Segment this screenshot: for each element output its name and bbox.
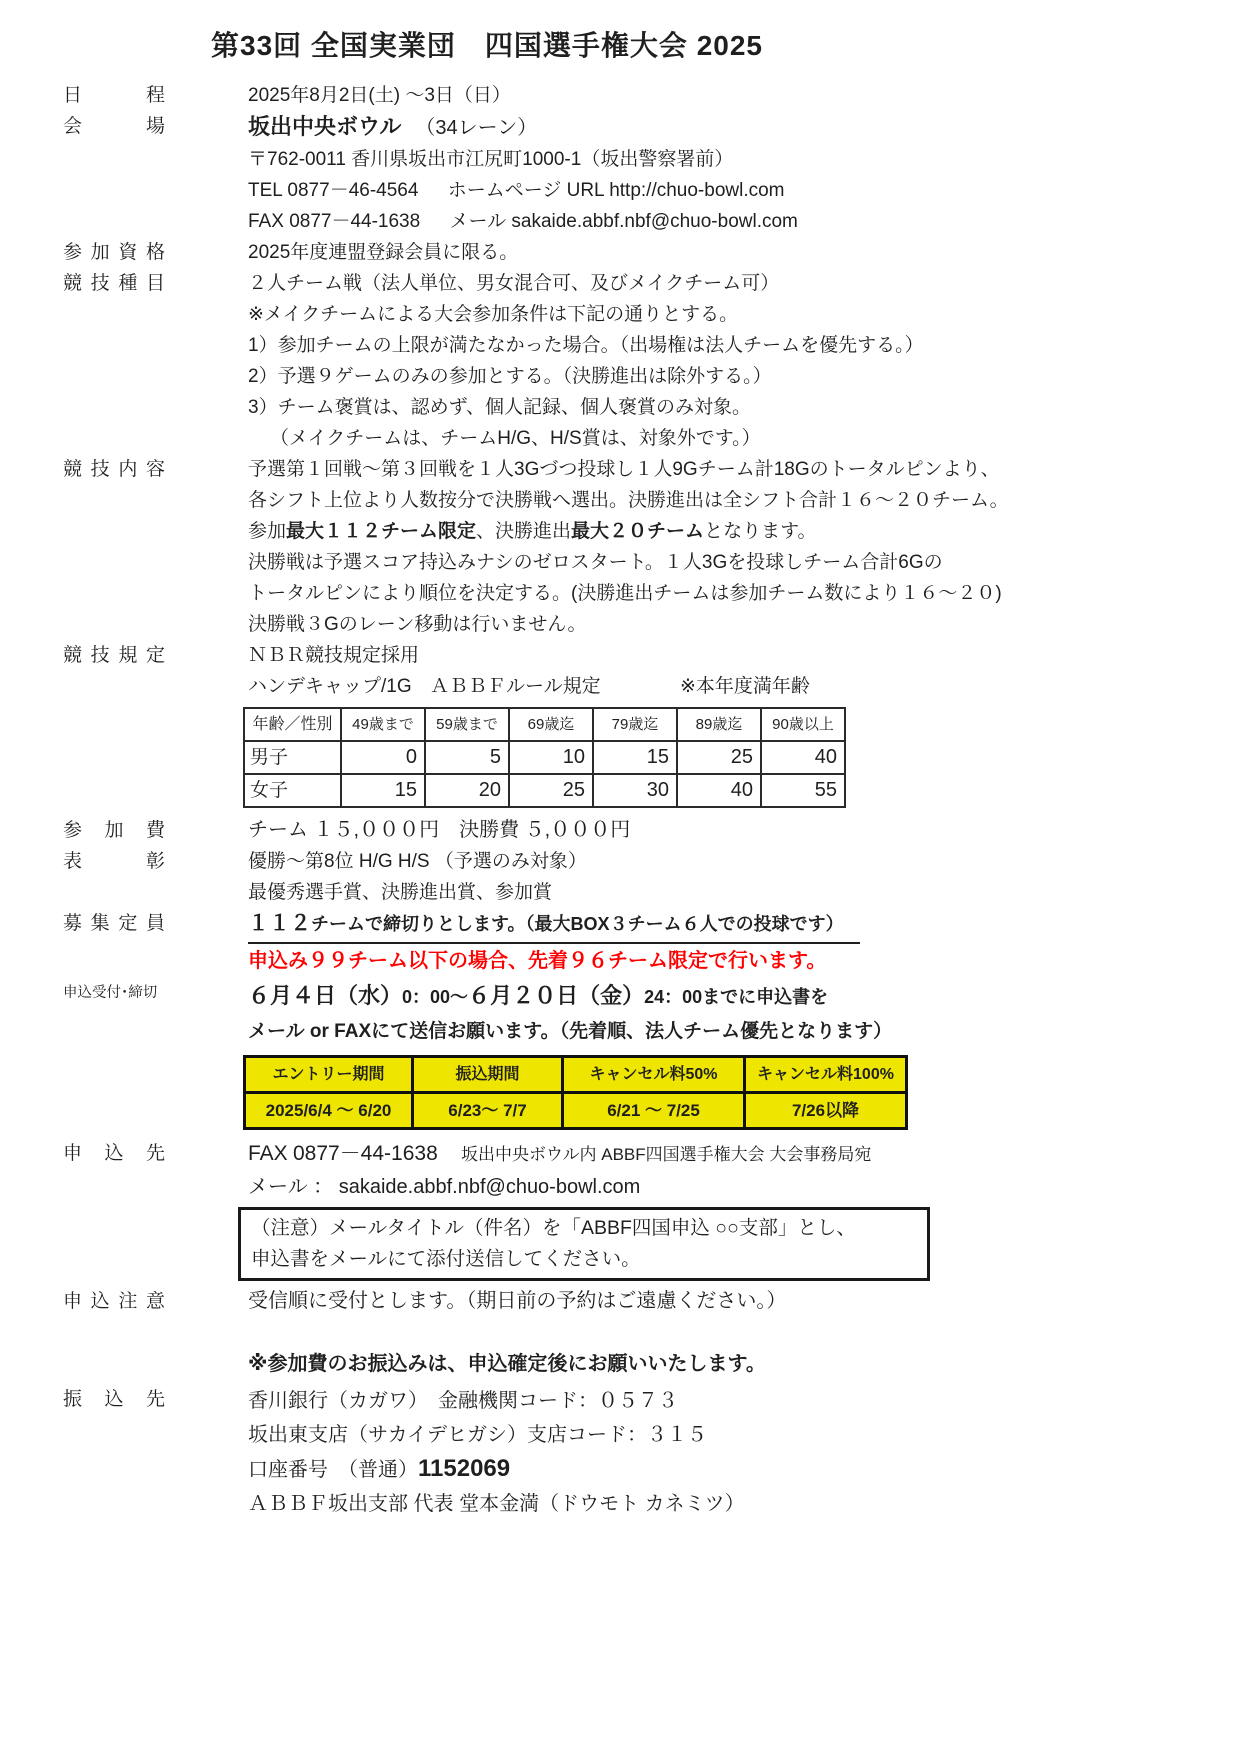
- handicap-row-name: 女子: [244, 774, 341, 807]
- transfer-representative-line: ＡＢＢＦ坂出支部 代表 堂本金満（ドウモト カネミツ）: [248, 1487, 1200, 1521]
- entry-table-header: 振込期間: [413, 1057, 563, 1093]
- content-text: 参加: [248, 521, 286, 542]
- content-text: 、決勝進出: [476, 521, 571, 542]
- capacity-count: １１２: [248, 912, 311, 935]
- apply-fax-label: FAX: [248, 1142, 288, 1165]
- rules-handicap-line: ハンデキャップ/1GＡＢＢＦルール規定※本年度満年齢: [248, 671, 1200, 702]
- mail-title-notice-box: （注意）メールタイトル（件名）を「ABBF四国申込 ○○支部」とし、 申込書をメ…: [238, 1207, 930, 1281]
- handicap-value: 40: [677, 774, 761, 807]
- venue-mail: sakaide.abbf.nbf@chuo-bowl.com: [511, 211, 798, 232]
- handicap-value: 10: [509, 741, 593, 774]
- content-line-mixed: 参加最大１１２チーム限定、決勝進出最大２０チームとなります。: [248, 516, 1200, 547]
- events-line: ２人チーム戦（法人単位、男女混合可、及びメイクチーム可）: [248, 268, 1200, 299]
- entry-table-header: エントリー期間: [245, 1057, 413, 1093]
- application-end-time: 24：00までに申込書を: [644, 987, 828, 1007]
- schedule-text: 2025年8月2日(土) ～3日（日）: [248, 80, 1200, 111]
- content-label: 競技内容: [63, 454, 165, 485]
- handicap-row-male: 男子 0 5 10 15 25 40: [244, 741, 845, 774]
- tel-label: TEL: [248, 180, 282, 201]
- capacity-underlined: １１２チームで締切りとします。（最大BOX３チーム６人での投球です）: [248, 908, 860, 944]
- section-application: 申込受付･締切 ６月４日（水）0：00～６月２０日（金）24：00までに申込書を…: [63, 978, 1200, 1138]
- venue-name-line: 坂出中央ボウル（34レーン）: [248, 111, 1200, 144]
- section-rules: 競技規定 ＮＢＲ競技規定採用 ハンデキャップ/1GＡＢＢＦルール規定※本年度満年…: [63, 640, 1200, 815]
- apply-fax-line: FAX 0877－44-1638 坂出中央ボウル内 ABBF四国選手権大会 大会…: [248, 1138, 1200, 1170]
- tournament-flyer: 第33回 全国実業団 四国選手権大会 2025 日程 2025年8月2日(土) …: [0, 0, 1240, 1754]
- account-number: 1152069: [418, 1455, 510, 1482]
- age-note: ※本年度満年齢: [680, 671, 810, 702]
- rules-line: ＮＢＲ競技規定採用: [248, 640, 1200, 671]
- handicap-value: 30: [593, 774, 677, 807]
- capacity-line1: １１２チームで締切りとします。（最大BOX３チーム６人での投球です）: [248, 908, 1200, 944]
- capacity-label: 募集定員: [63, 908, 165, 939]
- application-period-line: ６月４日（水）0：00～６月２０日（金）24：00までに申込書を: [248, 978, 1200, 1016]
- content-bold: 最大１１２チーム限定: [286, 521, 476, 542]
- account-prefix: 口座番号 （普通）: [248, 1459, 418, 1481]
- content-line: 決勝戦は予選スコア持込みナシのゼロスタート。１人3Gを投球しチーム合計6Gの: [248, 547, 1200, 578]
- entry-table-value-row: 2025/6/4 ～ 6/20 6/23～ 7/7 6/21 ～ 7/25 7/…: [245, 1093, 907, 1129]
- capacity-red-note: 申込み９９チーム以下の場合、先着９６チーム限定で行います。: [248, 944, 1200, 978]
- venue-name: 坂出中央ボウル: [248, 114, 401, 139]
- handicap-value: 55: [761, 774, 845, 807]
- events-label: 競技種目: [63, 268, 165, 299]
- content-line: トータルピンにより順位を決定する。(決勝進出チームは参加チーム数により１６～２０…: [248, 578, 1200, 609]
- entry-table-value: 7/26以降: [745, 1093, 907, 1129]
- handicap-table: 年齢／性別 49歳まで 59歳まで 69歳迄 79歳迄 89歳迄 90歳以上 男…: [243, 707, 846, 808]
- section-transfer: 振込先 香川銀行（カガワ） 金融機関コード：０５７３ 坂出東支店（サカイデヒガシ…: [63, 1384, 1200, 1521]
- events-line: 1）参加チームの上限が満たなかった場合。（出場権は法人チームを優先する。）: [248, 330, 1200, 361]
- venue-label: 会場: [63, 111, 165, 142]
- content-bold: 最大２０チーム: [571, 521, 704, 542]
- handicap-value: 0: [341, 741, 425, 774]
- events-line: 3）チーム褒賞は、認めず、個人記録、個人褒賞のみ対象。: [248, 392, 1200, 423]
- content-line: 決勝戦３Gのレーン移動は行いません。: [248, 609, 1200, 640]
- handicap-value: 40: [761, 741, 845, 774]
- handicap-value: 25: [509, 774, 593, 807]
- events-line: 2）予選９ゲームのみの参加とする。（決勝進出は除外する。）: [248, 361, 1200, 392]
- entry-table-value: 6/23～ 7/7: [413, 1093, 563, 1129]
- eligibility-label: 参加資格: [63, 237, 165, 268]
- awards-line: 優勝～第8位 H/G H/S （予選のみ対象）: [248, 846, 1200, 877]
- section-schedule: 日程 2025年8月2日(土) ～3日（日）: [63, 80, 1200, 111]
- content-line: 各シフト上位より人数按分で決勝戦へ選出。決勝進出は全シフト合計１６～２０チーム。: [248, 485, 1200, 516]
- handicap-header-cell: 79歳迄: [593, 708, 677, 741]
- venue-address: 〒762-0011 香川県坂出市江尻町1000-1（坂出警察署前）: [248, 144, 1200, 175]
- page-title: 第33回 全国実業団 四国選手権大会 2025: [211, 24, 1200, 64]
- notice-line: 申込書をメールにて添付送信してください。: [251, 1244, 917, 1275]
- handicap-value: 20: [425, 774, 509, 807]
- handicap-header-cell: 69歳迄: [509, 708, 593, 741]
- content-line: 予選第１回戦～第３回戦を１人3Gづつ投球し１人9Gチーム計18Gのトータルピンよ…: [248, 454, 1200, 485]
- application-start-date: ６月４日（水）: [248, 983, 402, 1008]
- fee-label: 参加費: [63, 815, 165, 846]
- entry-period-table: エントリー期間 振込期間 キャンセル料50% キャンセル料100% 2025/6…: [243, 1055, 908, 1130]
- entry-table-value: 2025/6/4 ～ 6/20: [245, 1093, 413, 1129]
- section-events: 競技種目 ２人チーム戦（法人単位、男女混合可、及びメイクチーム可） ※メイクチー…: [63, 268, 1200, 454]
- events-line: （メイクチームは、チームH/G、H/S賞は、対象外です。）: [248, 423, 1200, 454]
- awards-label: 表彰: [63, 846, 165, 877]
- handicap-value: 15: [341, 774, 425, 807]
- fax-label: FAX: [248, 211, 284, 232]
- application-start-time: 0：00～: [402, 987, 468, 1007]
- rules-label: 競技規定: [63, 640, 165, 671]
- handicap-header-cell: 49歳まで: [341, 708, 425, 741]
- apply-mail-address: sakaide.abbf.nbf@chuo-bowl.com: [339, 1176, 641, 1198]
- apply-to-label: 申込先: [63, 1138, 165, 1169]
- mail-label: メール: [449, 211, 506, 232]
- handicap-header-cell: 89歳迄: [677, 708, 761, 741]
- handicap-header-cell: 59歳まで: [425, 708, 509, 741]
- application-end-date: ６月２０日（金）: [468, 983, 644, 1008]
- entry-table-header: キャンセル料50%: [563, 1057, 745, 1093]
- section-venue: 会場 坂出中央ボウル（34レーン） 〒762-0011 香川県坂出市江尻町100…: [63, 111, 1200, 237]
- transfer-account-line: 口座番号 （普通）1152069: [248, 1452, 1200, 1487]
- apply-mail-label: メール ：: [248, 1176, 333, 1198]
- handicap-header-cell: 年齢／性別: [244, 708, 341, 741]
- application-method-line: メール or FAXにて送信お願います。（先着順、法人チーム優先となります）: [248, 1016, 1200, 1047]
- handicap-header-row: 年齢／性別 49歳まで 59歳まで 69歳迄 79歳迄 89歳迄 90歳以上: [244, 708, 845, 741]
- fee-transfer-note: ※参加費のお振込みは、申込確定後にお願いいたします。: [248, 1349, 1200, 1380]
- section-fee: 参加費 チーム １５,０００円 決勝費 ５,０００円: [63, 815, 1200, 846]
- caution-label: 申込注意: [63, 1286, 165, 1317]
- handicap-row-female: 女子 15 20 25 30 40 55: [244, 774, 845, 807]
- venue-fax-line: FAX 0877－44-1638 メール sakaide.abbf.nbf@ch…: [248, 206, 1200, 237]
- apply-fax-note: 坂出中央ボウル内 ABBF四国選手権大会 大会事務局宛: [461, 1145, 871, 1164]
- fee-text: チーム １５,０００円 決勝費 ５,０００円: [248, 815, 1200, 846]
- handicap-value: 25: [677, 741, 761, 774]
- handicap-text: ハンデキャップ/1G: [248, 671, 430, 702]
- section-eligibility: 参加資格 2025年度連盟登録会員に限る。: [63, 237, 1200, 268]
- section-caution: 申込注意 受信順に受付とします。（期日前の予約はご遠慮ください。） ※参加費のお…: [63, 1286, 1200, 1380]
- venue-tel-line: TEL 0877－46-4564 ホームページ URL http://chuo-…: [248, 175, 1200, 206]
- section-capacity: 募集定員 １１２チームで締切りとします。（最大BOX３チーム６人での投球です） …: [63, 908, 1200, 978]
- venue-lanes: （34レーン）: [415, 117, 537, 139]
- handicap-value: 5: [425, 741, 509, 774]
- apply-mail-line: メール ： sakaide.abbf.nbf@chuo-bowl.com: [248, 1170, 1200, 1204]
- abbf-rule-text: ＡＢＢＦルール規定: [430, 671, 680, 702]
- transfer-label: 振込先: [63, 1384, 165, 1415]
- venue-url: http://chuo-bowl.com: [609, 180, 784, 201]
- notice-line: （注意）メールタイトル（件名）を「ABBF四国申込 ○○支部」とし、: [251, 1213, 917, 1244]
- handicap-value: 15: [593, 741, 677, 774]
- apply-fax-number: 0877－44-1638: [293, 1142, 438, 1165]
- section-apply-to: 申込先 FAX 0877－44-1638 坂出中央ボウル内 ABBF四国選手権大…: [63, 1138, 1200, 1286]
- entry-table-header: キャンセル料100%: [745, 1057, 907, 1093]
- handicap-row-name: 男子: [244, 741, 341, 774]
- schedule-label: 日程: [63, 80, 165, 111]
- entry-table-header-row: エントリー期間 振込期間 キャンセル料50% キャンセル料100%: [245, 1057, 907, 1093]
- entry-table-value: 6/21 ～ 7/25: [563, 1093, 745, 1129]
- caution-text: 受信順に受付とします。（期日前の予約はご遠慮ください。）: [248, 1286, 1200, 1317]
- section-awards: 表彰 優勝～第8位 H/G H/S （予選のみ対象） 最優秀選手賞、決勝進出賞、…: [63, 846, 1200, 908]
- capacity-rest: チームで締切りとします。（最大BOX３チーム６人での投球です）: [311, 914, 844, 934]
- transfer-bank-line: 香川銀行（カガワ） 金融機関コード：０５７３: [248, 1384, 1200, 1418]
- application-label: 申込受付･締切: [63, 978, 165, 1009]
- tel-number: 0877－46-4564: [287, 180, 418, 201]
- content-text: となります。: [704, 521, 816, 542]
- web-label: ホームページ URL: [448, 180, 604, 201]
- handicap-header-cell: 90歳以上: [761, 708, 845, 741]
- eligibility-text: 2025年度連盟登録会員に限る。: [248, 237, 1200, 268]
- transfer-branch-line: 坂出東支店（サカイデヒガシ）支店コード：３１５: [248, 1418, 1200, 1452]
- events-line: ※メイクチームによる大会参加条件は下記の通りとする。: [248, 299, 1200, 330]
- section-content: 競技内容 予選第１回戦～第３回戦を１人3Gづつ投球し１人9Gチーム計18Gのトー…: [63, 454, 1200, 640]
- awards-line: 最優秀選手賞、決勝進出賞、参加賞: [248, 877, 1200, 908]
- fax-number: 0877－44-1638: [289, 211, 420, 232]
